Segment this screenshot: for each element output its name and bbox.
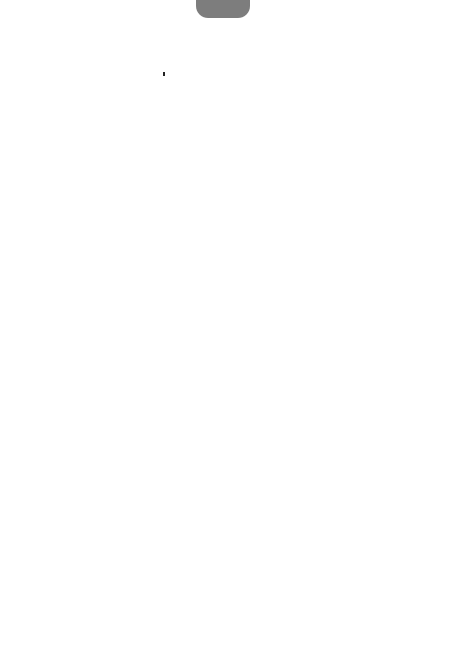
page-indicator-badge [196,0,250,18]
scan-speck [163,72,165,76]
